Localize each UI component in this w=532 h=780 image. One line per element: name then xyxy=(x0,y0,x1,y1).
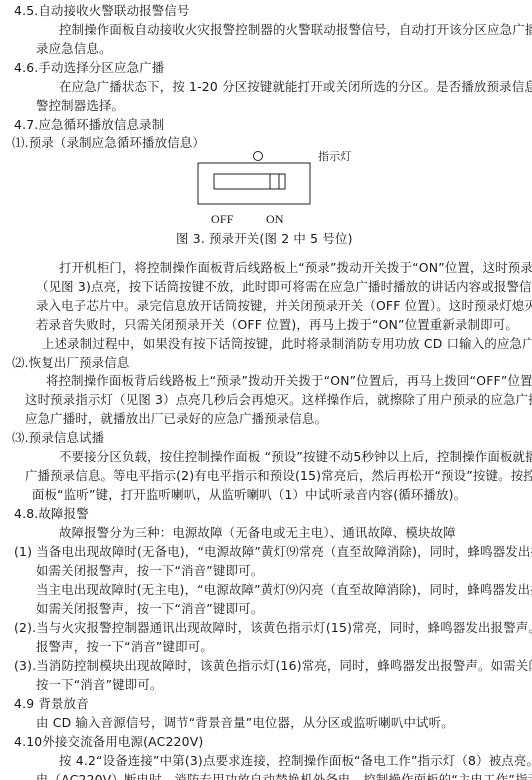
text-line: 4.10外接交流备用电源(AC220V) xyxy=(14,734,203,750)
text-line: 如需关闭报警声，按一下“消音”键即可。 xyxy=(36,563,263,579)
text-line: 这时预录指示灯（见图 3）点亮几秒后会再熄灭。这样操作后，就擦除了用户预录的应急… xyxy=(25,392,532,408)
text-line: （见图 3)点亮，按下话筒按键不放，此时即可将需在应急广播时播放的讲话内容或报警… xyxy=(36,279,532,295)
text-line: 当主电出现故障时(无主电)，“电源故障”黄灯⑼闪亮（直至故障消除)，同时，蜂鸣器… xyxy=(36,582,532,598)
text-line: 上述录制过程中，如果没有按下话筒按键，此时将录制消防专用功放 CD 口输入的应急… xyxy=(42,336,532,352)
text-line: 在应急广播状态下，按 1-20 分区按键就能打开或关闭所选的分区。是否播放预录信… xyxy=(59,79,532,95)
text-line: 4.9 背景放音 xyxy=(14,696,89,712)
text-line: 由 CD 输入音源信号，调节“背景音量”电位器，从分区或监听喇叭中试听。 xyxy=(36,715,454,731)
text-line: 4.7.应急循环播放信息录制 xyxy=(14,117,164,133)
on-label: ON xyxy=(266,211,284,227)
text-line: (3).当消防控制模块出现故障时，该黄色指示灯(16)常亮，同时，蜂鸣器发出报警… xyxy=(14,658,532,674)
text-line: (1) 当备电出现故障时(无备电)，“电源故障”黄灯⑼常亮（直至故障消除)，同时… xyxy=(14,544,532,560)
figure-caption: 图 3. 预录开关(图 2 中 5 号位) xyxy=(176,231,353,247)
text-line: 打开机柜门，将控制操作面板背后线路板上“预录”拨动开关拨于“ON”位置，这时预录… xyxy=(59,260,532,276)
text-line: 录入电子芯片中。录完信息放开话筒按键，并关闭预录开关（OFF 位置）。这时预录灯… xyxy=(36,298,532,314)
text-line: (2).当与火灾报警控制器通讯出现故障时，该黄色指示灯(15)常亮，同时，蜂鸣器… xyxy=(14,620,532,636)
text-line: 面板“监听”键，打开监听喇叭，从监听喇叭（1）中试听录音内容(循环播放)。 xyxy=(32,487,466,503)
text-line: 警控制器选择。 xyxy=(36,98,124,114)
text-line: 录应急信息。 xyxy=(36,41,112,57)
text-line: 4.5.自动接收火警联动报警信号 xyxy=(14,3,190,19)
text-line: ⑵.恢复出厂预录信息 xyxy=(12,355,129,371)
text-line: 报警声，按一下“消音”键即可。 xyxy=(36,639,213,655)
text-line: 控制操作面板自动接收火灾报警控制器的火警联动报警信号，自动打开该分区应急广播，播… xyxy=(59,22,532,38)
text-line: 若录音失败时，只需关闭预录开关（OFF 位置)，再马上拨于“ON”位置重新录制即… xyxy=(36,317,518,333)
text-line: 故障报警分为三种：电源故障（无备电或无主电）、通讯故障、模块故障 xyxy=(59,525,456,541)
indicator-light-label: 指示灯 xyxy=(318,149,352,165)
text-line: 不要接分区负载，按住控制操作面板 “预设”按键不动5秒钟以上后，控制操作面板就播… xyxy=(59,449,532,465)
text-line: 按 4.2“设备连接”中第(3)点要求连接，控制操作面板“备电工作”指示灯（8）… xyxy=(59,753,532,769)
text-line: 电（AC220V）断电时，消防专用功放自动替换机外备电，控制操作面板的“主电工作… xyxy=(36,772,532,780)
text-line: 4.8.故障报警 xyxy=(14,506,89,522)
text-line: 广播预录信息。等电平指示(2)有电平指示和预设(15)常亮后，然后再松开“预设”… xyxy=(25,468,532,484)
text-line: 将控制操作面板背后线路板上“预录”拨动开关拨于“ON”位置后，再马上拨回“OFF… xyxy=(46,373,532,389)
text-line: 4.6.手动选择分区应急广播 xyxy=(14,60,164,76)
off-label: OFF xyxy=(211,211,234,227)
text-line: 如需关闭报警声，按一下“消音”键即可。 xyxy=(36,601,263,617)
text-line: ⑶.预录信息试播 xyxy=(12,430,104,446)
text-line: ⑴.预录（录制应急循环播放信息） xyxy=(12,135,205,151)
text-line: 应急广播时，就播放出厂已录好的应急广播预录信息。 xyxy=(25,411,327,427)
text-line: 按一下“消音”键即可。 xyxy=(36,677,163,693)
